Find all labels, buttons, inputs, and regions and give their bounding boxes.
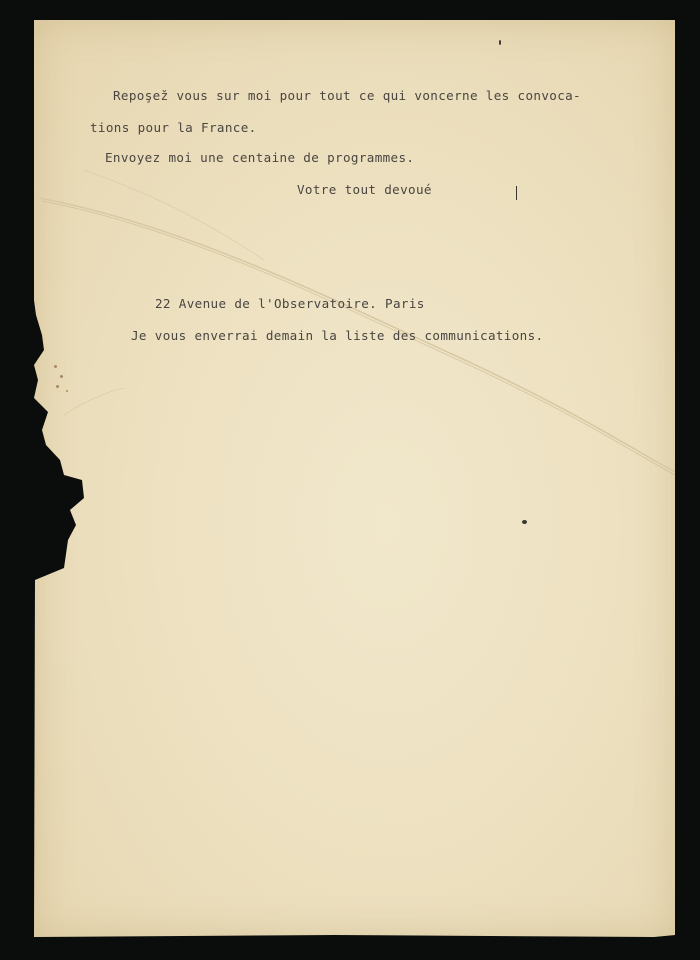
text-line-2: tions pour la France.: [90, 122, 257, 135]
foxing-spot: [54, 365, 57, 368]
closing-signature: Votre tout devoué: [297, 184, 432, 197]
ink-speck: [516, 186, 517, 200]
ink-speck: [499, 40, 501, 45]
text-line-3: Envoyez moi une centaine de programmes.: [105, 152, 414, 165]
text-line-1: Repoşež vous sur moi pour tout ce qui vo…: [113, 90, 581, 103]
ink-speck: [522, 520, 527, 524]
letter-page: Repoşež vous sur moi pour tout ce qui vo…: [34, 20, 675, 937]
postscript-line: Je vous enverrai demain la liste des com…: [131, 330, 543, 343]
foxing-spot: [56, 385, 59, 388]
foxing-spot: [60, 375, 63, 378]
foxing-spot: [66, 390, 68, 392]
address-line: 22 Avenue de l'Observatoire. Paris: [155, 298, 425, 311]
